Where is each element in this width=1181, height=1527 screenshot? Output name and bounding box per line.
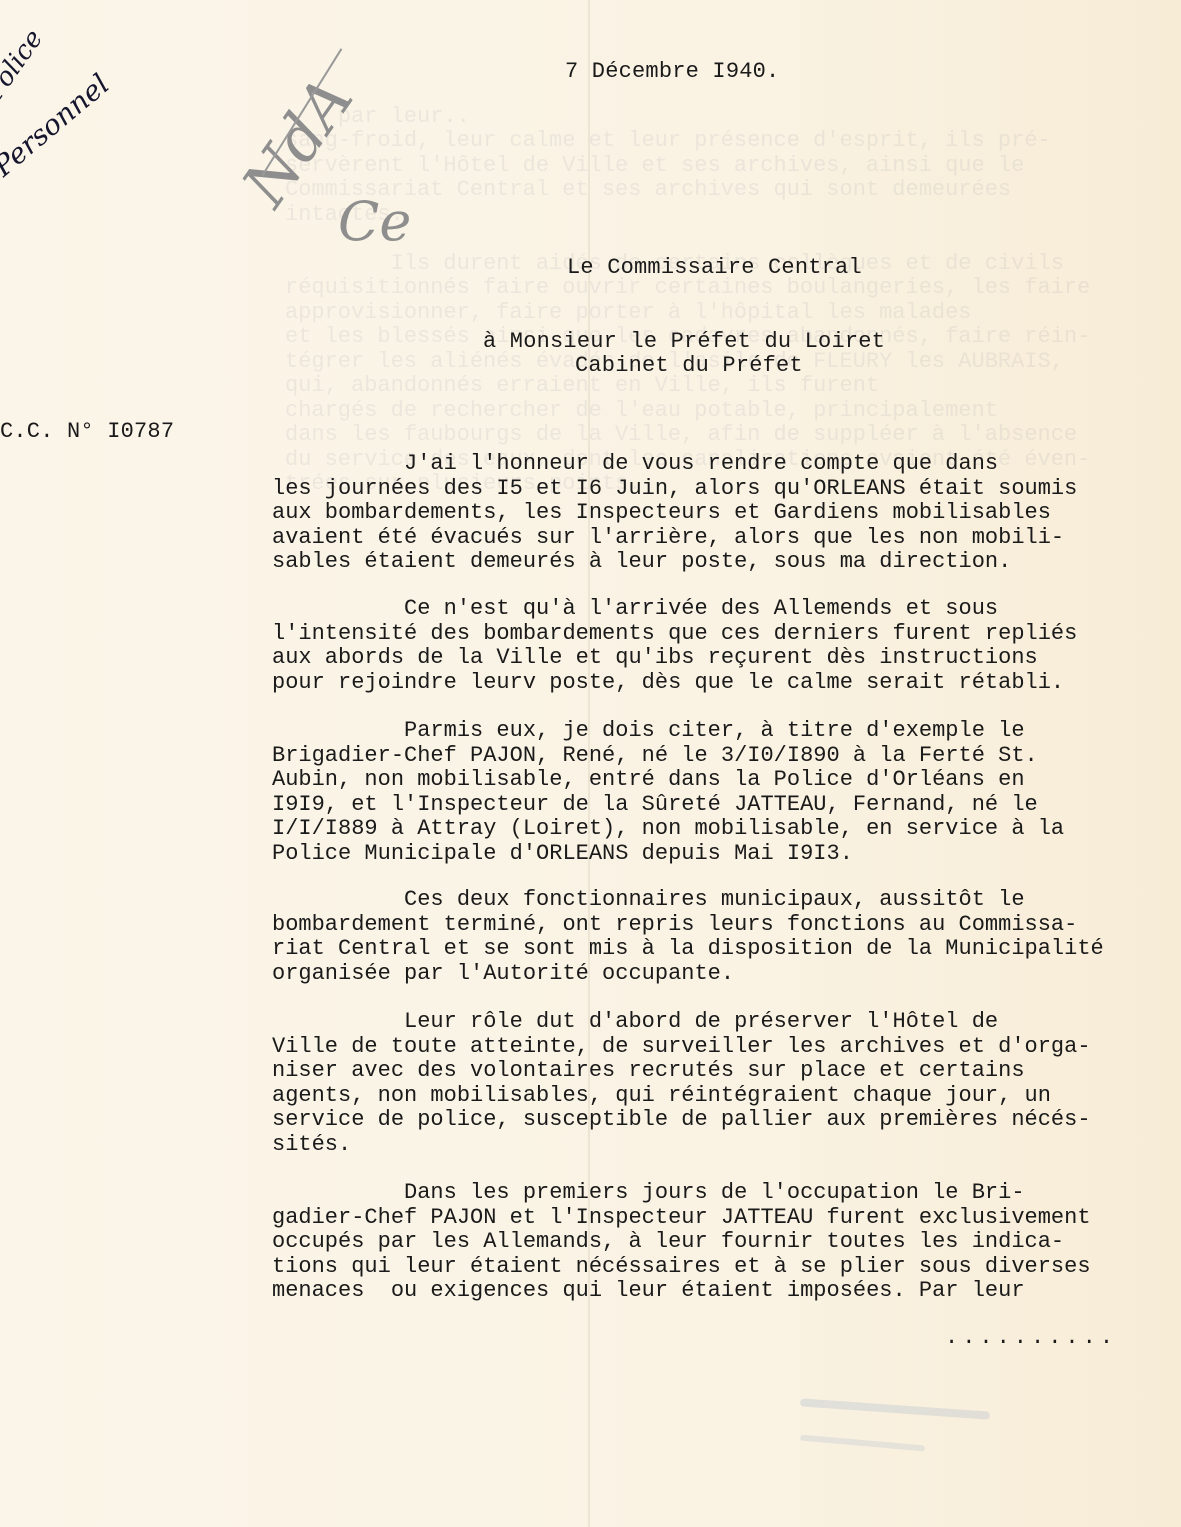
pencil-mark: Ce [338,190,411,253]
bleed-line: chargés de rechercher de l'eau potable, … [285,398,998,423]
text-line: Ville de toute atteinte, de surveiller l… [272,1035,1172,1060]
paragraph-1: J'ai l'honneur de vous rendre compte que… [272,452,1172,575]
text-line: bombardement terminé, ont repris leurs f… [272,913,1172,938]
text-line: occupés par les Allemands, à leur fourni… [272,1230,1172,1255]
text-line: Leur rôle dut d'abord de préserver l'Hôt… [272,1010,1172,1035]
faded-stamp-mark [800,1398,990,1419]
text-line: sités. [272,1133,1172,1158]
text-line: avaient été évacués sur l'arrière, alors… [272,526,1172,551]
recipient-line-2: Cabinet du Préfet [575,354,803,379]
document-page: par leur.. sang-froid, leur calme et leu… [0,0,1181,1527]
text-line: riat Central et se sont mis à la disposi… [272,937,1172,962]
text-line: Aubin, non mobilisable, entré dans la Po… [272,768,1172,793]
reference-number: C.C. N° I0787 [0,420,174,445]
text-line: sables étaient demeurés à leur poste, so… [272,550,1172,575]
letter-date: 7 Décembre I940. [565,60,779,85]
text-line: pour rejoindre leurv poste, dès que le c… [272,671,1172,696]
text-line: Brigadier-Chef PAJON, René, né le 3/I0/I… [272,744,1172,769]
handwritten-annotation-police: Police [0,24,49,106]
faded-stamp-mark [800,1435,925,1452]
paragraph-4: Ces deux fonctionnaires municipaux, auss… [272,888,1172,986]
paragraph-5: Leur rôle dut d'abord de préserver l'Hôt… [272,1010,1172,1157]
paragraph-3: Parmis eux, je dois citer, à titre d'exe… [272,719,1172,866]
continuation-dots: .......... [945,1326,1117,1351]
text-line: Police Municipale d'ORLEANS depuis Mai I… [272,842,1172,867]
text-line: service de police, susceptible de pallie… [272,1108,1172,1133]
text-line: gadier-Chef PAJON et l'Inspecteur JATTEA… [272,1206,1172,1231]
text-line: agents, non mobilisables, qui réintégrai… [272,1084,1172,1109]
text-line: l'intensité des bombardements que ces de… [272,622,1172,647]
bleed-line: dans les faubourgs de la Ville, afin de … [285,422,1077,447]
text-line: aux bombardements, les Inspecteurs et Ga… [272,501,1172,526]
recipient-line-1: à Monsieur le Préfet du Loiret [483,330,885,355]
text-line: I/I/I889 à Attray (Loiret), non mobilisa… [272,817,1172,842]
paragraph-2: Ce n'est qu'à l'arrivée des Allemends et… [272,597,1172,695]
text-line: Parmis eux, je dois citer, à titre d'exe… [272,719,1172,744]
sender: Le Commissaire Central [567,256,862,281]
text-line: Ce n'est qu'à l'arrivée des Allemends et… [272,597,1172,622]
text-line: Dans les premiers jours de l'occupation … [272,1181,1172,1206]
text-line: tions qui leur étaient nécéssaires et à … [272,1255,1172,1280]
bleed-line: servèrent l'Hôtel de Ville et ses archiv… [285,153,1024,178]
paragraph-6: Dans les premiers jours de l'occupation … [272,1181,1172,1304]
text-line: les journées des I5 et I6 Juin, alors qu… [272,477,1172,502]
text-line: J'ai l'honneur de vous rendre compte que… [272,452,1172,477]
text-line: organisée par l'Autorité occupante. [272,962,1172,987]
text-line: niser avec des volontaires recrutés sur … [272,1059,1172,1084]
text-line: I9I9, et l'Inspecteur de la Sûreté JATTE… [272,793,1172,818]
bleed-line: approvisionner, faire porter à l'hôpital… [285,300,972,325]
bleed-line: sang-froid, leur calme et leur présence … [285,128,1051,153]
text-line: aux abords de la Ville et qu'ibs reçuren… [272,646,1172,671]
text-line: menaces ou exigences qui leur étaient im… [272,1279,1172,1304]
text-line: Ces deux fonctionnaires municipaux, auss… [272,888,1172,913]
